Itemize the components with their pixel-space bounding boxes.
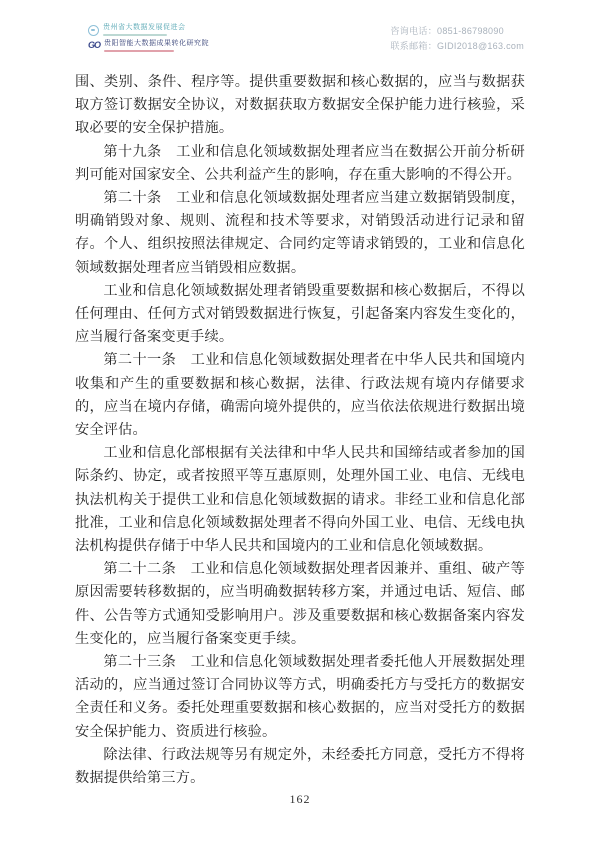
document-page: 贵州省大数据发展促进会 GO 贵阳智能大数据成果转化研究院 咨询电话：0851-…: [0, 0, 600, 848]
association-emblem-icon: [88, 25, 99, 36]
paragraph: 第二十二条 工业和信息化领域数据处理者因兼并、重组、破产等原因需要转移数据的，应…: [75, 558, 525, 651]
association-logo-subtext-line: [103, 34, 167, 36]
paragraph: 除法律、行政法规等另有规定外，未经委托方同意，受托方不得将数据提供给第三方。: [75, 744, 525, 790]
paragraph: 第二十一条 工业和信息化领域数据处理者在中华人民共和国境内收集和产生的重要数据和…: [75, 349, 525, 442]
page-footer: 162: [0, 790, 600, 808]
paragraph: 第二十三条 工业和信息化领域数据处理者委托他人开展数据处理活动的，应当通过签订合…: [75, 651, 525, 744]
paragraph: 第二十条 工业和信息化领域数据处理者应当建立数据销毁制度，明确销毁对象、规则、流…: [75, 187, 525, 280]
institute-swirl-icon: GO: [88, 40, 100, 51]
contact-phone-label: 咨询电话：: [391, 26, 438, 36]
page-number: 162: [290, 792, 311, 806]
paragraph: 第十九条 工业和信息化领域数据处理者应当在数据公开前分析研判可能对国家安全、公共…: [75, 141, 525, 187]
logo-association: 贵州省大数据发展促进会: [88, 24, 209, 36]
contact-email-line: 联系邮箱：GIDI2018@163.com: [391, 39, 525, 54]
contact-email-value: GIDI2018@163.com: [437, 41, 524, 51]
institute-logo-subtext-line: [104, 50, 174, 52]
contact-phone-line: 咨询电话：0851-86798090: [391, 24, 525, 39]
contact-email-label: 联系邮箱：: [391, 41, 438, 51]
paragraph: 工业和信息化部根据有关法律和中华人民共和国缔结或者参加的国际条约、协定，或者按照…: [75, 442, 525, 558]
logo-block: 贵州省大数据发展促进会 GO 贵阳智能大数据成果转化研究院: [88, 24, 209, 52]
paragraph: 工业和信息化领域数据处理者销毁重要数据和核心数据后，不得以任何理由、任何方式对销…: [75, 280, 525, 350]
paragraph-container: 围、类别、条件、程序等。提供重要数据和核心数据的，应当与数据获取方签订数据安全协…: [75, 71, 525, 790]
document-body: 围、类别、条件、程序等。提供重要数据和核心数据的，应当与数据获取方签订数据安全协…: [75, 71, 525, 790]
paragraph: 围、类别、条件、程序等。提供重要数据和核心数据的，应当与数据获取方签订数据安全协…: [75, 71, 525, 141]
contact-phone-value: 0851-86798090: [437, 26, 504, 36]
institute-logo-name: 贵阳智能大数据成果转化研究院: [104, 40, 209, 48]
page-header: 贵州省大数据发展促进会 GO 贵阳智能大数据成果转化研究院 咨询电话：0851-…: [88, 24, 524, 54]
logo-institute: GO 贵阳智能大数据成果转化研究院: [88, 40, 209, 52]
association-logo-name: 贵州省大数据发展促进会: [103, 24, 186, 32]
contact-info: 咨询电话：0851-86798090 联系邮箱：GIDI2018@163.com: [391, 24, 525, 54]
